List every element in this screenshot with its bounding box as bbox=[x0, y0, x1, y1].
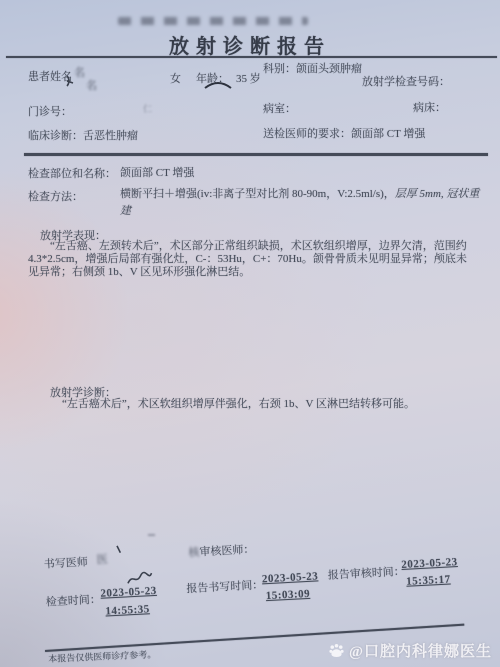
exam-time-clock: 14:55:35 bbox=[105, 603, 150, 617]
diagnosis-text: “左舌癌术后”，术区软组织增厚伴强化，右颈 1b、V 区淋巴结转移可能。 bbox=[62, 397, 482, 411]
findings-text: “左舌癌、左颈转术后”，术区部分正常组织缺损，术区软组织增厚，边界欠清，范围约 … bbox=[28, 240, 476, 280]
request-field: 送检医师的要求：颌面部 CT 增强 bbox=[263, 125, 425, 141]
reviewer-label: 审核医师： bbox=[199, 544, 255, 559]
patient-name-redacted-2: 名 bbox=[86, 77, 97, 93]
header-rule bbox=[6, 56, 497, 58]
report-title: 放射诊断报告 bbox=[0, 30, 500, 59]
patient-gender: 女 bbox=[170, 70, 181, 86]
writer-label: 书写医师 bbox=[43, 553, 88, 571]
watermark: @口腔内科律娜医生 bbox=[328, 640, 492, 661]
hospital-name-redacted bbox=[118, 17, 308, 25]
review-time-clock: 15:35:17 bbox=[406, 573, 451, 587]
writer-name-redacted: 医 bbox=[96, 550, 108, 567]
write-time-date: 2023-05-23 bbox=[262, 570, 319, 585]
exam-method-value: 横断平扫＋增强(iv:非离子型对比剂 80-90m，V:2.5ml/s)，层厚 … bbox=[120, 186, 482, 219]
section-rule bbox=[24, 153, 488, 156]
review-time-label: 报告审核时间： bbox=[327, 563, 405, 583]
exam-method-label: 检查方法： bbox=[28, 188, 83, 204]
dept-field: 科别：颌面头颈肿瘤 bbox=[263, 62, 365, 77]
clinical-dx-field: 临床诊断：舌恶性肿瘤 bbox=[28, 127, 138, 143]
ward-label: 病室： bbox=[263, 100, 296, 116]
paper-speck bbox=[148, 534, 155, 536]
dept-value: 颌面头颈肿瘤 bbox=[296, 63, 362, 75]
exam-method-main: 横断平扫＋增强(iv:非离子型对比剂 80-90m，V:2.5ml/s)， bbox=[120, 188, 395, 200]
age-value: 35 岁 bbox=[236, 70, 261, 86]
reviewer-redacted: 核 bbox=[188, 547, 200, 560]
exam-site-value: 颌面部 CT 增强 bbox=[120, 164, 194, 180]
pen-scribble-icon bbox=[64, 74, 78, 88]
watermark-text: @口腔内科律娜医生 bbox=[349, 640, 492, 661]
outpatient-no-label: 门诊号： bbox=[28, 103, 72, 119]
write-time-clock: 15:03:09 bbox=[266, 588, 311, 602]
radiology-no-label: 放射学检查号码： bbox=[362, 73, 450, 89]
request-label: 送检医师的要求： bbox=[263, 128, 351, 140]
review-time-date: 2023-05-23 bbox=[401, 556, 458, 571]
pen-arc-mark-icon bbox=[204, 80, 232, 90]
clinical-dx-value: 舌恶性肿瘤 bbox=[83, 130, 138, 142]
signature-block: 书写医师 医 核审核医师： 检查时间： 2023-05-23 14:55:35 … bbox=[38, 524, 494, 628]
write-time-label: 报告书写时间： bbox=[186, 576, 264, 596]
exam-site-label: 检查部位和名称： bbox=[28, 165, 116, 181]
clinical-dx-label: 临床诊断： bbox=[28, 130, 83, 142]
outpatient-no-redacted: 仁 bbox=[143, 102, 152, 115]
reviewer-field: 核审核医师： bbox=[188, 541, 255, 560]
paw-icon bbox=[328, 642, 345, 659]
exam-time-label: 检查时间： bbox=[45, 591, 101, 610]
dept-label: 科别： bbox=[263, 63, 296, 75]
exam-time-date: 2023-05-23 bbox=[100, 585, 157, 600]
pen-tick-icon bbox=[114, 543, 125, 556]
request-value: 颌面部 CT 增强 bbox=[351, 128, 425, 140]
report-photo: 放射诊断报告 患者姓名 名 名 女 年龄： 35 岁 科别：颌面头颈肿瘤 放射学… bbox=[0, 0, 500, 667]
bed-label: 病床： bbox=[413, 99, 446, 115]
